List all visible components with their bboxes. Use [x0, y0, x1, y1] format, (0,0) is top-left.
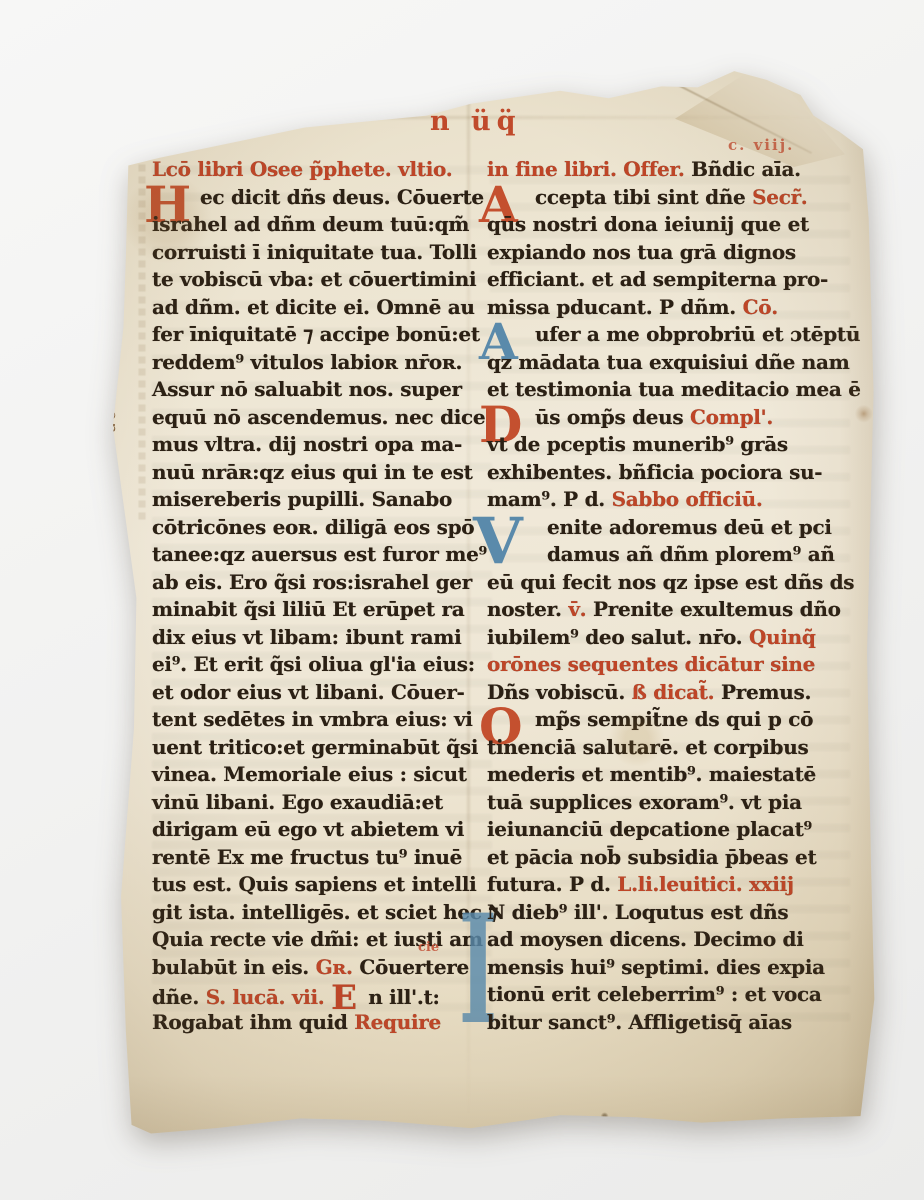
- rubric-text: L.li.leuitici. xxiij: [617, 872, 793, 896]
- body-text: mus vltra. dij nostri opa ma-: [152, 432, 462, 456]
- text-line: fer īniquitatē ⁊ accipe bonū:et: [152, 321, 497, 349]
- body-text: cōtricōnes eoʀ. diligā eos spō: [152, 515, 474, 539]
- rubric-text: Gʀ.: [316, 955, 360, 979]
- body-text: ieiunanciū depcatione placat⁹: [487, 817, 812, 841]
- body-text: Bñdic aīa.: [691, 157, 801, 181]
- text-line: orōnes sequentes dicātur sine: [487, 651, 857, 679]
- text-line: efficiant. et ad sempiterna pro-: [487, 266, 857, 294]
- body-text: ec dicit dñs deus. Cōuerte: [200, 185, 484, 209]
- body-text: noster.: [487, 597, 568, 621]
- text-line: corruisti ī iniquitate tua. Tolli: [152, 239, 497, 267]
- body-text: git ista. intelligēs. et sciet hec ⁊: [152, 900, 498, 924]
- body-text: dñe.: [152, 985, 206, 1009]
- text-line: et testimonia tua meditacio mea ē: [487, 376, 857, 404]
- text-line: et odor eius vt libani. Cōuer-: [152, 679, 497, 707]
- body-text: ab eis. Ero q̃si ros:israhel ger: [152, 570, 472, 594]
- running-title: n üq̈: [430, 106, 522, 137]
- body-text: vinū libani. Ego exaudiā:et: [152, 790, 443, 814]
- text-line: misereberis pupilli. Sanabo: [152, 486, 497, 514]
- text-line: uent tritico:et germinabūt q̃si: [152, 734, 497, 762]
- text-line: et pācia nob̄ subsidia p̄beas et: [487, 844, 857, 872]
- body-text: vinea. Memoriale eius : sicut: [152, 762, 467, 786]
- text-line: tinenciā salutarē. et corpibus: [487, 734, 857, 762]
- body-text: Premus.: [721, 680, 811, 704]
- text-line: mam⁹. P d. Sabbo officiū.: [487, 486, 857, 514]
- parchment-sheet: n üq̈ c. viij. cie Joen nielssons dombok…: [70, 56, 880, 1140]
- rubric-text: Lcō libri Osee p̃phete.: [152, 157, 391, 181]
- text-line: in fine libri. Offer. Bñdic aīa.: [487, 156, 857, 184]
- text-line: ab eis. Ero q̃si ros:israhel ger: [152, 569, 497, 597]
- body-text: iubilem⁹ deo salut. nr̄o.: [487, 625, 749, 649]
- text-column-right: in fine libri. Offer. Bñdic aīa.ccepta t…: [487, 156, 857, 1036]
- text-line: damus añ dñm plorem⁹ añ: [487, 541, 857, 569]
- body-text: qūs nostri dona ieiunij que et: [487, 212, 809, 236]
- rubric-text: Cō.: [743, 295, 778, 319]
- text-line: qūs nostri dona ieiunij que et: [487, 211, 857, 239]
- text-line: dñe. S. lucā. vii. E n ill'.t:: [152, 981, 497, 1009]
- body-text: tinenciā salutarē. et corpibus: [487, 735, 808, 759]
- text-line: expiando nos tua grā dignos: [487, 239, 857, 267]
- rubric-text: Require: [354, 1010, 441, 1034]
- body-text: fer īniquitatē ⁊ accipe bonū:et: [152, 322, 480, 346]
- body-text: damus añ dñm plorem⁹ añ: [547, 542, 835, 566]
- body-text: misereberis pupilli. Sanabo: [152, 487, 452, 511]
- margin-inscription: Joen nielssons dombok Anno 1616: [99, 153, 123, 583]
- body-text: Cōuertere: [359, 955, 469, 979]
- body-text: eū qui fecit nos qz ipse est dñs ds: [487, 570, 854, 594]
- body-text: te vobiscū vba: et cōuertimini: [152, 267, 476, 291]
- body-text: Dñs vobiscū.: [487, 680, 632, 704]
- text-line: cōtricōnes eoʀ. diligā eos spō: [152, 514, 497, 542]
- body-text: corruisti ī iniquitate tua. Tolli: [152, 240, 477, 264]
- text-line: rentē Ex me fructus tu⁹ inuē: [152, 844, 497, 872]
- body-text: n ill'.t:: [368, 985, 439, 1009]
- body-text: uent tritico:et germinabūt q̃si: [152, 735, 478, 759]
- text-line: minabit q̃si liliū Et erūpet ra: [152, 596, 497, 624]
- body-text: N dieb⁹ ill'. Loqutus est dñs: [487, 900, 788, 924]
- text-line: qz mādata tua exquisiui dñe nam: [487, 349, 857, 377]
- text-line: vinea. Memoriale eius : sicut: [152, 761, 497, 789]
- body-text: equū nō ascendemus. nec dice: [152, 405, 485, 429]
- text-line: noster. v̄. Prenite exultemus dño: [487, 596, 857, 624]
- text-line: tanee:qz auersus est furor me⁹: [152, 541, 497, 569]
- text-line: ccepta tibi sint dñe Secr̃.: [487, 184, 857, 212]
- text-line: eū qui fecit nos qz ipse est dñs ds: [487, 569, 857, 597]
- manuscript-leaf: n üq̈ c. viij. cie Joen nielssons dombok…: [0, 0, 924, 1200]
- text-line: mensis hui⁹ septimi. dies expia: [487, 954, 857, 982]
- text-line: Quia recte vie dm̃i: et iusti am: [152, 926, 497, 954]
- text-line: tus est. Quis sapiens et intelli: [152, 871, 497, 899]
- body-text: mederis et mentib⁹. maiestatē: [487, 762, 816, 786]
- body-text: missa pducant. P dñm.: [487, 295, 743, 319]
- text-line: dix eius vt libam: ibunt rami: [152, 624, 497, 652]
- body-text: tus est. Quis sapiens et intelli: [152, 872, 476, 896]
- rubric-text: Sabbo officiū.: [612, 487, 763, 511]
- body-text: israhel ad dñm deum tuū:qm̃: [152, 212, 469, 236]
- body-text: tionū erit celeberrim⁹ : et voca: [487, 982, 822, 1006]
- text-line: exhibentes. bñficia pociora su-: [487, 459, 857, 487]
- body-text: futura. P d.: [487, 872, 617, 896]
- text-line: iubilem⁹ deo salut. nr̄o. Quinq̃: [487, 624, 857, 652]
- text-line: ad dñm. et dicite ei. Omnē au: [152, 294, 497, 322]
- body-text: et pācia nob̄ subsidia p̄beas et: [487, 845, 816, 869]
- body-text: exhibentes. bñficia pociora su-: [487, 460, 822, 484]
- text-line: israhel ad dñm deum tuū:qm̃: [152, 211, 497, 239]
- text-line: ufer a me obprobriū et ɔtēptū: [487, 321, 857, 349]
- rubric-text: Secr̃.: [752, 185, 807, 209]
- text-line: ūs omp̃s deus Compl'.: [487, 404, 857, 432]
- body-text: minabit q̃si liliū Et erūpet ra: [152, 597, 464, 621]
- rubric-text: v̄.: [568, 597, 593, 621]
- text-line: tent sedētes in vmbra eius: vi: [152, 706, 497, 734]
- body-text: efficiant. et ad sempiterna pro-: [487, 267, 828, 291]
- body-text: et testimonia tua meditacio mea ē: [487, 377, 861, 401]
- rubric-text: vltio.: [391, 157, 452, 181]
- rubric-text: in fine libri. Offer.: [487, 157, 691, 181]
- body-text: mam⁹. P d.: [487, 487, 612, 511]
- text-line: tuā supplices exoram⁹. vt pia: [487, 789, 857, 817]
- text-line: vt de pceptis munerib⁹ grās: [487, 431, 857, 459]
- rubric-text: orōnes sequentes dicātur sine: [487, 652, 815, 676]
- text-line: mp̃s sempit̃ne ds qui p cō: [487, 706, 857, 734]
- body-text: enite adoremus deū et pci: [547, 515, 832, 539]
- text-line: Rogabat ihm quid Require: [152, 1009, 497, 1037]
- body-text: ūs omp̃s deus: [535, 405, 690, 429]
- body-text: Prenite exultemus dño: [593, 597, 841, 621]
- body-text: tent sedētes in vmbra eius: vi: [152, 707, 473, 731]
- body-text: nuū nrāʀ:qz eius qui in te est: [152, 460, 473, 484]
- faint-inscription-marks: [93, 149, 98, 479]
- text-line: futura. P d. L.li.leuitici. xxiij: [487, 871, 857, 899]
- body-text: bitur sanct⁹. Affligetisq̄ aīas: [487, 1010, 792, 1034]
- folio-mark: c. viij.: [728, 136, 794, 154]
- rubric-text: Compl'.: [690, 405, 773, 429]
- body-text: vt de pceptis munerib⁹ grās: [487, 432, 788, 456]
- body-text: rentē Ex me fructus tu⁹ inuē: [152, 845, 462, 869]
- text-line: vinū libani. Ego exaudiā:et: [152, 789, 497, 817]
- text-line: ad moysen dicens. Decimo di: [487, 926, 857, 954]
- body-text: tuā supplices exoram⁹. vt pia: [487, 790, 802, 814]
- body-text: ad dñm. et dicite ei. Omnē au: [152, 295, 475, 319]
- text-line: mederis et mentib⁹. maiestatē: [487, 761, 857, 789]
- body-text: reddem⁹ vitulos labioʀ nr̄oʀ.: [152, 350, 462, 374]
- body-text: tanee:qz auersus est furor me⁹: [152, 542, 487, 566]
- interlinear-gloss: cie: [418, 940, 439, 955]
- text-line: Lcō libri Osee p̃phete. vltio.: [152, 156, 497, 184]
- body-text: dirigam eū ego vt abietem vi: [152, 817, 464, 841]
- body-text: qz mādata tua exquisiui dñe nam: [487, 350, 850, 374]
- text-line: Dñs vobiscū. ß dicat̃. Premus.: [487, 679, 857, 707]
- body-text: bulabūt in eis.: [152, 955, 316, 979]
- body-text: mp̃s sempit̃ne ds qui p cō: [535, 707, 813, 731]
- text-line: bulabūt in eis. Gʀ. Cōuertere: [152, 954, 497, 982]
- text-line: ec dicit dñs deus. Cōuerte: [152, 184, 497, 212]
- rubric-text: ß dicat̃.: [632, 680, 721, 704]
- rubric-text: S. lucā. vii.: [206, 985, 331, 1009]
- rubric-text: Quinq̃: [749, 625, 816, 649]
- text-line: git ista. intelligēs. et sciet hec ⁊: [152, 899, 497, 927]
- text-line: Assur nō saluabit nos. super: [152, 376, 497, 404]
- text-line: enite adoremus deū et pci: [487, 514, 857, 542]
- body-text: Assur nō saluabit nos. super: [152, 377, 462, 401]
- text-line: N dieb⁹ ill'. Loqutus est dñs: [487, 899, 857, 927]
- text-line: dirigam eū ego vt abietem vi: [152, 816, 497, 844]
- text-line: equū nō ascendemus. nec dice: [152, 404, 497, 432]
- text-line: reddem⁹ vitulos labioʀ nr̄oʀ.: [152, 349, 497, 377]
- text-line: te vobiscū vba: et cōuertimini: [152, 266, 497, 294]
- body-text: Rogabat ihm quid: [152, 1010, 354, 1034]
- body-text: dix eius vt libam: ibunt rami: [152, 625, 461, 649]
- text-column-left: Lcō libri Osee p̃phete. vltio.ec dicit d…: [152, 156, 497, 1036]
- text-line: tionū erit celeberrim⁹ : et voca: [487, 981, 857, 1009]
- body-text: mensis hui⁹ septimi. dies expia: [487, 955, 825, 979]
- body-text: ccepta tibi sint dñe: [535, 185, 752, 209]
- body-text: ufer a me obprobriū et ɔtēptū: [535, 322, 860, 346]
- body-text: ei⁹. Et erit q̃si oliua gl'ia eius:: [152, 652, 475, 676]
- body-text: et odor eius vt libani. Cōuer-: [152, 680, 465, 704]
- body-text: expiando nos tua grā dignos: [487, 240, 796, 264]
- body-text: ad moysen dicens. Decimo di: [487, 927, 804, 951]
- text-line: ei⁹. Et erit q̃si oliua gl'ia eius:: [152, 651, 497, 679]
- text-line: nuū nrāʀ:qz eius qui in te est: [152, 459, 497, 487]
- text-line: ieiunanciū depcatione placat⁹: [487, 816, 857, 844]
- text-line: bitur sanct⁹. Affligetisq̄ aīas: [487, 1009, 857, 1037]
- text-line: mus vltra. dij nostri opa ma-: [152, 431, 497, 459]
- text-line: missa pducant. P dñm. Cō.: [487, 294, 857, 322]
